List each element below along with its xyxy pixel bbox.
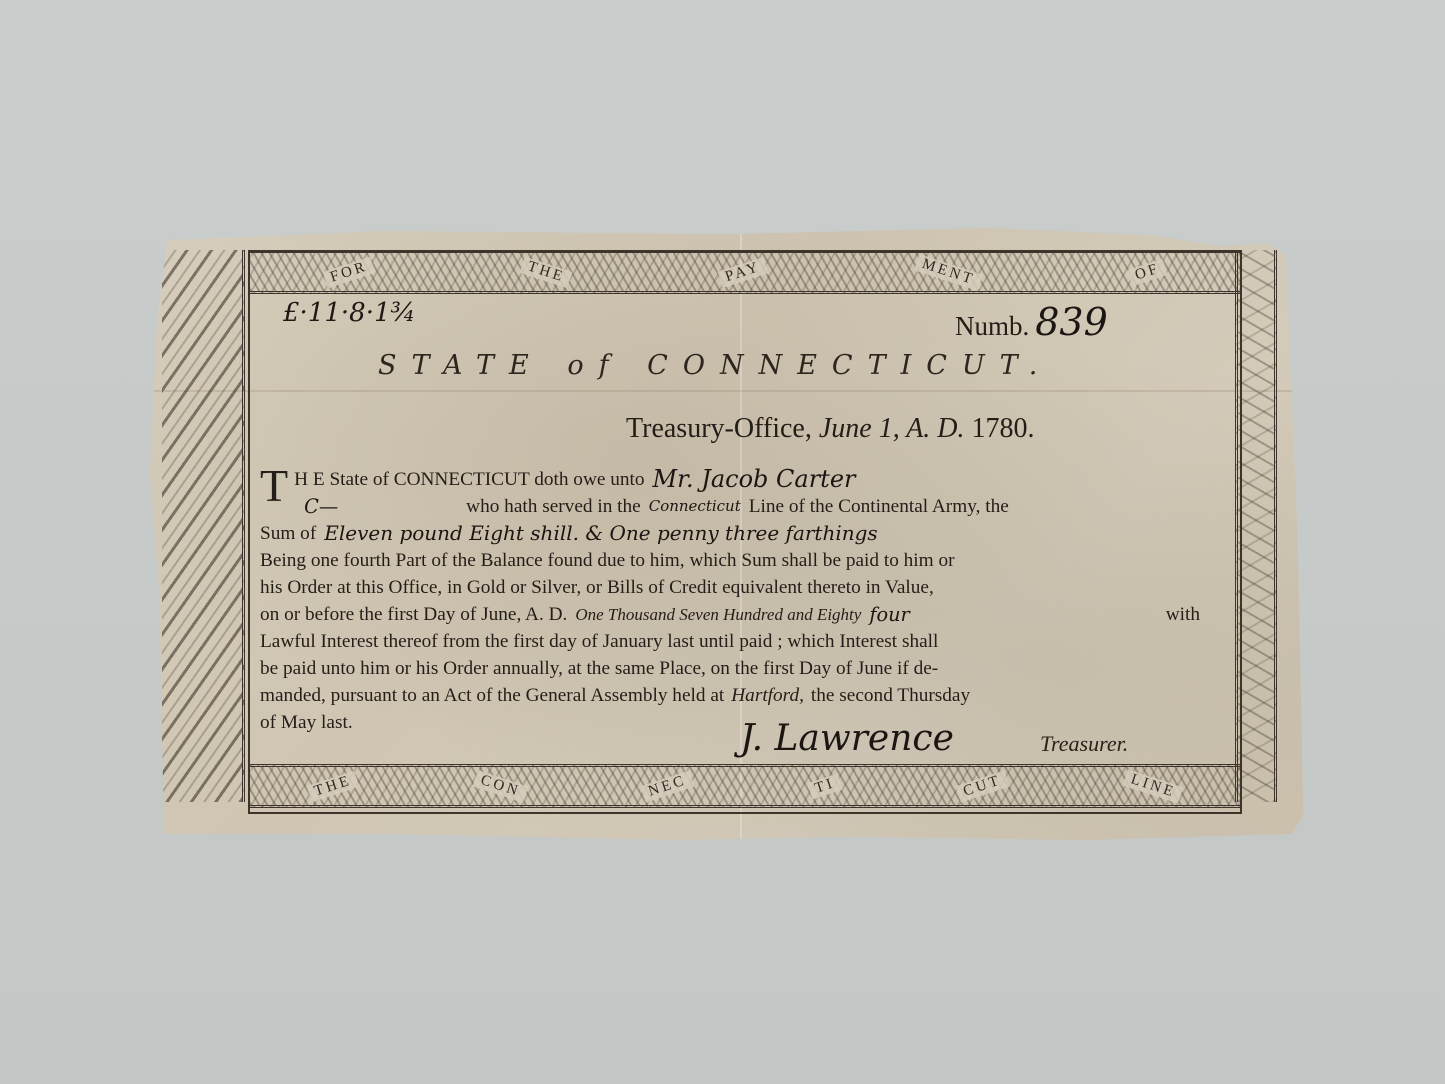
border-word: TI	[807, 773, 843, 799]
bottom-border-band: THE CON NEC TI CUT LINE	[250, 764, 1240, 808]
border-word: FOR	[322, 256, 375, 288]
body-line-7: Lawful Interest thereof from the first d…	[260, 628, 1200, 655]
top-border-band: FOR THE PAY MENT OF	[250, 250, 1240, 294]
body-line-2: C— who hath served in the Connecticut Li…	[294, 493, 1200, 520]
office-place: Treasury-Office,	[626, 413, 812, 444]
body-line-9: manded, pursuant to an Act of the Genera…	[260, 682, 1200, 709]
handwritten-amount: £·11·8·1¾	[283, 298, 416, 328]
border-word: THE	[306, 770, 359, 802]
payee-name: Mr. Jacob Carter	[653, 466, 856, 493]
body-line-5: his Order at this Office, in Gold or Sil…	[260, 574, 1200, 601]
treasurer-signature: J. Lawrence	[740, 718, 954, 759]
border-word: CON	[473, 770, 528, 802]
border-word: NEC	[641, 770, 695, 802]
document-title: STATE of CONNECTICUT.	[378, 350, 1052, 381]
number-value: 839	[1035, 300, 1108, 344]
border-word: OF	[1127, 258, 1168, 286]
body-line-6: on or before the first Day of June, A. D…	[260, 601, 1200, 628]
photo-scene: FOR THE PAY MENT OF THE CON NEC TI CUT L…	[0, 0, 1445, 1084]
left-ornamental-border	[162, 250, 245, 802]
border-word: PAY	[718, 256, 769, 287]
body-line-4: Being one fourth Part of the Balance fou…	[260, 547, 1200, 574]
note-body: T H E State of CONNECTICUT doth owe unto…	[260, 466, 1200, 736]
office-year: 1780.	[972, 413, 1035, 444]
border-word: THE	[520, 256, 573, 288]
sum-handwritten: Eleven pound Eight shill. & One penny th…	[324, 520, 877, 547]
pay-note-document: FOR THE PAY MENT OF THE CON NEC TI CUT L…	[150, 228, 1315, 840]
office-date: June 1, A. D.	[819, 413, 965, 444]
signature-title: Treasurer.	[1040, 731, 1128, 757]
border-word: MENT	[914, 254, 982, 291]
border-word: LINE	[1123, 769, 1184, 803]
office-date-line: Treasury-Office, June 1, A. D. 1780.	[626, 413, 1035, 445]
border-word: CUT	[956, 770, 1010, 802]
note-number: Numb.839	[955, 300, 1108, 344]
drop-cap: T	[260, 466, 288, 506]
body-line-3: Sum of Eleven pound Eight shill. & One p…	[260, 520, 1200, 547]
number-label: Numb.	[955, 311, 1029, 341]
body-line-1: H E State of CONNECTICUT doth owe unto M…	[294, 466, 1200, 493]
body-line-8: be paid unto him or his Order annually, …	[260, 655, 1200, 682]
